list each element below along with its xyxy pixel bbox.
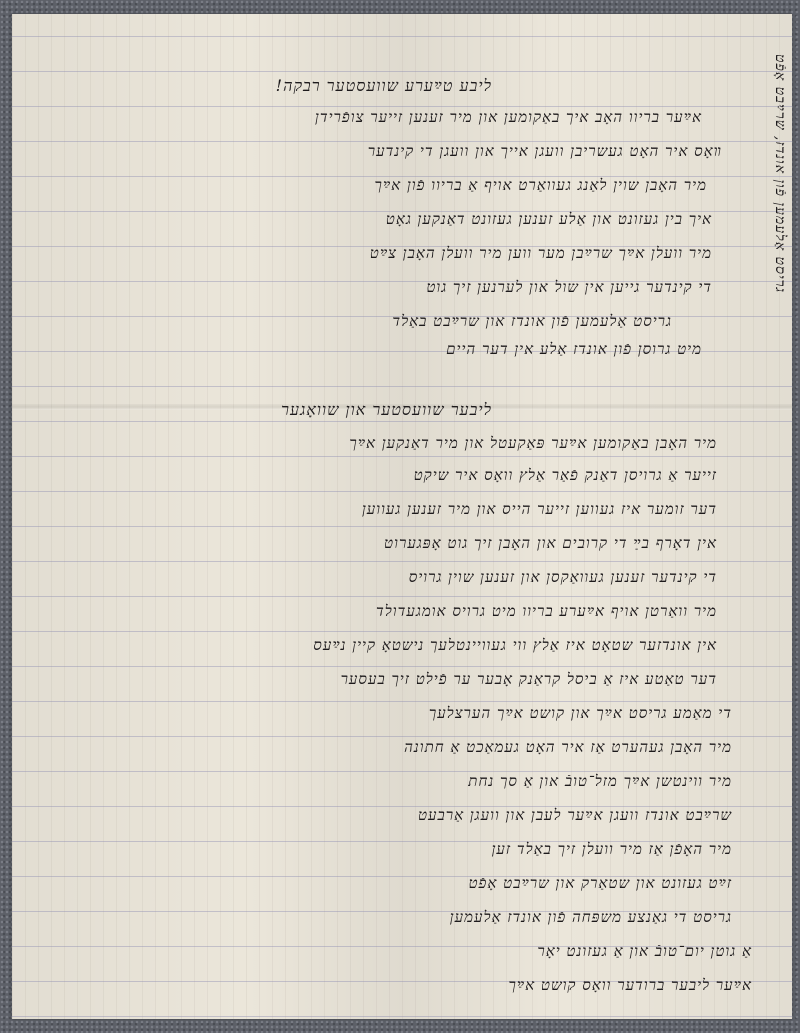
letter-line: מיר האָבן באַקומען אײַער פּאַקעטל און מי… — [57, 434, 717, 453]
letter-line: די קינדער זענען געוואַקסן און זענען שוין… — [57, 568, 717, 587]
letter-line: זײַט געזונט און שטאַרק און שרײַבט אָפֿט — [42, 874, 732, 893]
section-heading: ליבער שוועסטער און שוואָגער — [281, 400, 492, 420]
letter-line: די מאַמע גריסט אײַך און קושט אײַך הערצלע… — [52, 704, 732, 723]
letter-line: מיר האָפֿן אַז מיר וועלן זיך באַלד זען — [52, 840, 732, 859]
letter-line: אײַער ליבער ברודער וואָס קושט אײַך — [32, 976, 752, 995]
letter-line: אײַער בריוו האָב איך באַקומען און מיר זע… — [82, 108, 702, 127]
letter-line: מיר וועלן אײַך שרײַבן מער ווען מיר וועלן… — [72, 244, 712, 263]
letter-line: אין דאָרף בײַ די קרובים און האָבן זיך גו… — [57, 534, 717, 553]
letter-line: מיר האָבן געהערט אַז איר האָט געמאַכט אַ… — [52, 738, 732, 757]
letter-line: מיר וואַרטן אויף אײַערע בריוו מיט גרויס … — [57, 602, 717, 621]
letter-line: אין אונדזער שטאָט איז אַלץ ווי געוויינטל… — [57, 636, 717, 655]
letter-line: דער טאַטע איז אַ ביסל קראַנק אָבער ער פֿ… — [57, 670, 717, 689]
letter-paper: ליבע טײַערע שוועסטער רבקה! אײַער בריוו ה… — [12, 14, 792, 1019]
letter-line: שרײַבט אונדז וועגן אײַער לעבן און וועגן … — [52, 806, 732, 825]
letter-line: די קינדער גייען אין שול און לערנען זיך ג… — [72, 278, 712, 297]
margin-note: גריסט אַלעמען פֿון אונדז, שרײַבט אָפֿט — [772, 54, 788, 954]
letter-line: גריסט די גאַנצע משפּחה פֿון אונדז אַלעמע… — [42, 908, 732, 927]
letter-line: זייער אַ גרויסן דאַנק פֿאַר אַלץ וואָס א… — [57, 466, 717, 485]
letter-line: דער זומער איז געווען זייער הייס און מיר … — [57, 500, 717, 519]
salutation: ליבע טײַערע שוועסטער רבקה! — [276, 76, 492, 96]
letter-line: מיר האָבן שוין לאַנג געוואַרט אויף אַ בר… — [77, 176, 707, 195]
letter-line: גריסט אַלעמען פֿון אונדז און שרײַבט באַל… — [172, 312, 672, 331]
letter-line: מיר ווינטשן אײַך מזל־טובֿ און אַ סך נחת — [52, 772, 732, 791]
letter-line: אַ גוטן יום־טובֿ און אַ געזונט יאָר — [32, 942, 752, 961]
letter-line: איך בין געזונט און אַלע זענען געזונט דאַ… — [72, 210, 712, 229]
letter-line: װאָס איר האָט געשריבן וועגן אייך און ווע… — [72, 142, 722, 161]
letter-line: מיט גרוסן פֿון אונדז אַלע אין דער היים — [92, 340, 702, 359]
